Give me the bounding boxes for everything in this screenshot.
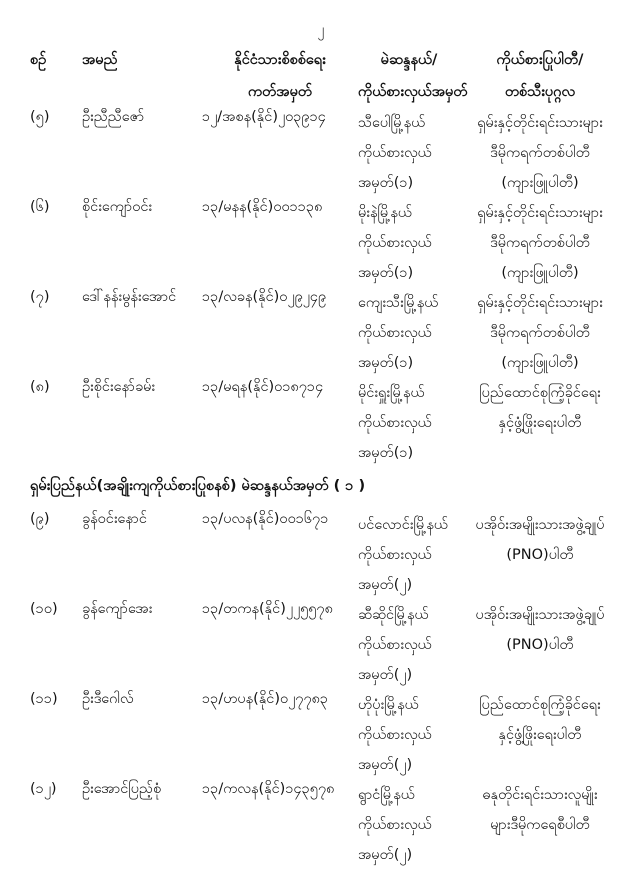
- cell-name: ခွန်ဝင်းနောင်: [82, 510, 202, 531]
- cell-serial: (၁၀): [30, 600, 82, 621]
- cell-serial: (၆): [30, 198, 82, 219]
- cell-constituency: မိုင်းရှူးမြို့နယ်ကိုယ်စားလှယ်အမှတ်(၁): [358, 378, 460, 468]
- table-row: (၉) ခွန်ဝင်းနောင် ၁၃/ပလန(နိုင်)၀၀၁၆၇၁ ပင…: [30, 510, 612, 600]
- table-row: (၆) စိုင်းကျော်ဝင်း ၁၃/မနန(နိုင်)၀၀၁၁၃၈ …: [30, 198, 612, 288]
- table-row: (၈) ဦးစိုင်းနော်ခမ်း ၁၃/မရန(နိုင်)၀၁၈၇၁၄…: [30, 378, 612, 468]
- cell-serial: (၁၁): [30, 690, 82, 711]
- table-rows-group-2: (၉) ခွန်ဝင်းနောင် ၁၃/ပလန(နိုင်)၀၀၁၆၇၁ ပင…: [30, 510, 612, 870]
- cell-name: ခွန်ကျော်အေး: [82, 600, 202, 621]
- cell-party: ပြည်ထောင်စုကြံ့ခိုင်ရေးနှင့်ဖွံ့ဖြိုးရေး…: [460, 378, 620, 438]
- cell-constituency: သီပေါမြို့နယ်ကိုယ်စားလှယ်အမှတ်(၁): [358, 108, 460, 198]
- cell-name: ဒေါ်နန်းမွန်းအောင်: [82, 288, 202, 309]
- cell-name: စိုင်းကျော်ဝင်း: [82, 198, 202, 219]
- cell-nrc: ၁၃/မရန(နိုင်)၀၁၈၇၁၄: [202, 378, 358, 399]
- cell-constituency: ရွာငံမြို့နယ်ကိုယ်စားလှယ်အမှတ်(၂): [358, 780, 460, 870]
- cell-nrc: ၁၃/ပလန(နိုင်)၀၀၁၆၇၁: [202, 510, 358, 531]
- cell-serial: (၇): [30, 288, 82, 309]
- cell-serial: (၈): [30, 378, 82, 399]
- cell-serial: (၁၂): [30, 780, 82, 801]
- column-header-serial: စဉ်: [30, 44, 82, 76]
- table-row: (၅) ဦးညီညီဇော် ၁၂/အစန(နိုင်)၂၀၃၉၁၄ သီပေါ…: [30, 108, 612, 198]
- cell-constituency: ဆီဆိုင်မြို့နယ်ကိုယ်စားလှယ်အမှတ်(၂): [358, 600, 460, 690]
- column-header-constituency: မဲဆန္ဒနယ်/ ကိုယ်စားလှယ်အမှတ်: [358, 44, 460, 108]
- cell-name: ဦးညီညီဇော်: [82, 108, 202, 129]
- column-header-nrc: နိုင်ငံသားစိစစ်ရေး ကတ်အမှတ်: [202, 44, 358, 108]
- cell-constituency: ဟိုပုံးမြို့နယ်ကိုယ်စားလှယ်အမှတ်(၂): [358, 690, 460, 780]
- cell-constituency: မိုးနဲမြို့နယ်ကိုယ်စားလှယ်အမှတ်(၁): [358, 198, 460, 288]
- table-row: (၇) ဒေါ်နန်းမွန်းအောင် ၁၃/လခန(နိုင်)၀၂၉၂…: [30, 288, 612, 378]
- cell-serial: (၅): [30, 108, 82, 129]
- cell-party: ပြည်ထောင်စုကြံ့ခိုင်ရေးနှင့်ဖွံ့ဖြိုးရေး…: [460, 690, 620, 750]
- cell-serial: (၉): [30, 510, 82, 531]
- cell-party: ပအိုဝ်းအမျိုးသားအဖွဲ့ချုပ်(PNO)ပါတီ: [460, 510, 620, 570]
- section-heading: ရှမ်းပြည်နယ်(အချိုးကျကိုယ်စားပြုစနစ်) မဲ…: [30, 471, 612, 501]
- cell-party: ရှမ်းနှင့်တိုင်းရင်းသားများဒီမိုကရက်တစ်ပ…: [460, 108, 620, 198]
- cell-constituency: ပင်လောင်းမြို့နယ်ကိုယ်စားလှယ်အမှတ်(၂): [358, 510, 460, 600]
- cell-nrc: ၁၃/ဟပန(နိုင်)၀၂၇၇၈၃: [202, 690, 358, 711]
- cell-name: ဦးဒီဂေါလ်: [82, 690, 202, 711]
- cell-constituency: ကျေးသီးမြို့နယ်ကိုယ်စားလှယ်အမှတ်(၁): [358, 288, 460, 378]
- cell-party: ပအိုဝ်းအမျိုးသားအဖွဲ့ချုပ်(PNO)ပါတီ: [460, 600, 620, 660]
- cell-nrc: ၁၂/အစန(နိုင်)၂၀၃၉၁၄: [202, 108, 358, 129]
- table-row: (၁၁) ဦးဒီဂေါလ် ၁၃/ဟပန(နိုင်)၀၂၇၇၈၃ ဟိုပု…: [30, 690, 612, 780]
- cell-party: ရှမ်းနှင့်တိုင်းရင်းသားများဒီမိုကရက်တစ်ပ…: [460, 288, 620, 378]
- page-number: ၂: [30, 20, 612, 42]
- table-header-row: စဉ် အမည် နိုင်ငံသားစိစစ်ရေး ကတ်အမှတ် မဲဆ…: [30, 44, 612, 108]
- document-page: ၂ စဉ် အမည် နိုင်ငံသားစိစစ်ရေး ကတ်အမှတ် မ…: [0, 0, 620, 886]
- table-row: (၁၀) ခွန်ကျော်အေး ၁၃/တကန(နိုင်)၂၂၅၅၇၈ ဆီ…: [30, 600, 612, 690]
- cell-party: ဓနုတိုင်းရင်းသားလူမျိုးများဒီမိုကရေစီပါတ…: [460, 780, 620, 840]
- cell-nrc: ၁၃/မနန(နိုင်)၀၀၁၁၃၈: [202, 198, 358, 219]
- table-row: (၁၂) ဦးအောင်ပြည့်စုံ ၁၃/ကလန(နိုင်)၁၄၃၅၇၈…: [30, 780, 612, 870]
- cell-nrc: ၁၃/လခန(နိုင်)၀၂၉၂၄၉: [202, 288, 358, 309]
- column-header-party: ကိုယ်စားပြုပါတီ/ တစ်သီးပုဂ္ဂလ: [460, 44, 620, 108]
- cell-party: ရှမ်းနှင့်တိုင်းရင်းသားများဒီမိုကရက်တစ်ပ…: [460, 198, 620, 288]
- cell-name: ဦးအောင်ပြည့်စုံ: [82, 780, 202, 801]
- cell-nrc: ၁၃/တကန(နိုင်)၂၂၅၅၇၈: [202, 600, 358, 621]
- cell-nrc: ၁၃/ကလန(နိုင်)၁၄၃၅၇၈: [202, 780, 358, 801]
- column-header-name: အမည်: [82, 44, 202, 76]
- cell-name: ဦးစိုင်းနော်ခမ်း: [82, 378, 202, 399]
- table-rows-group-1: (၅) ဦးညီညီဇော် ၁၂/အစန(နိုင်)၂၀၃၉၁၄ သီပေါ…: [30, 108, 612, 468]
